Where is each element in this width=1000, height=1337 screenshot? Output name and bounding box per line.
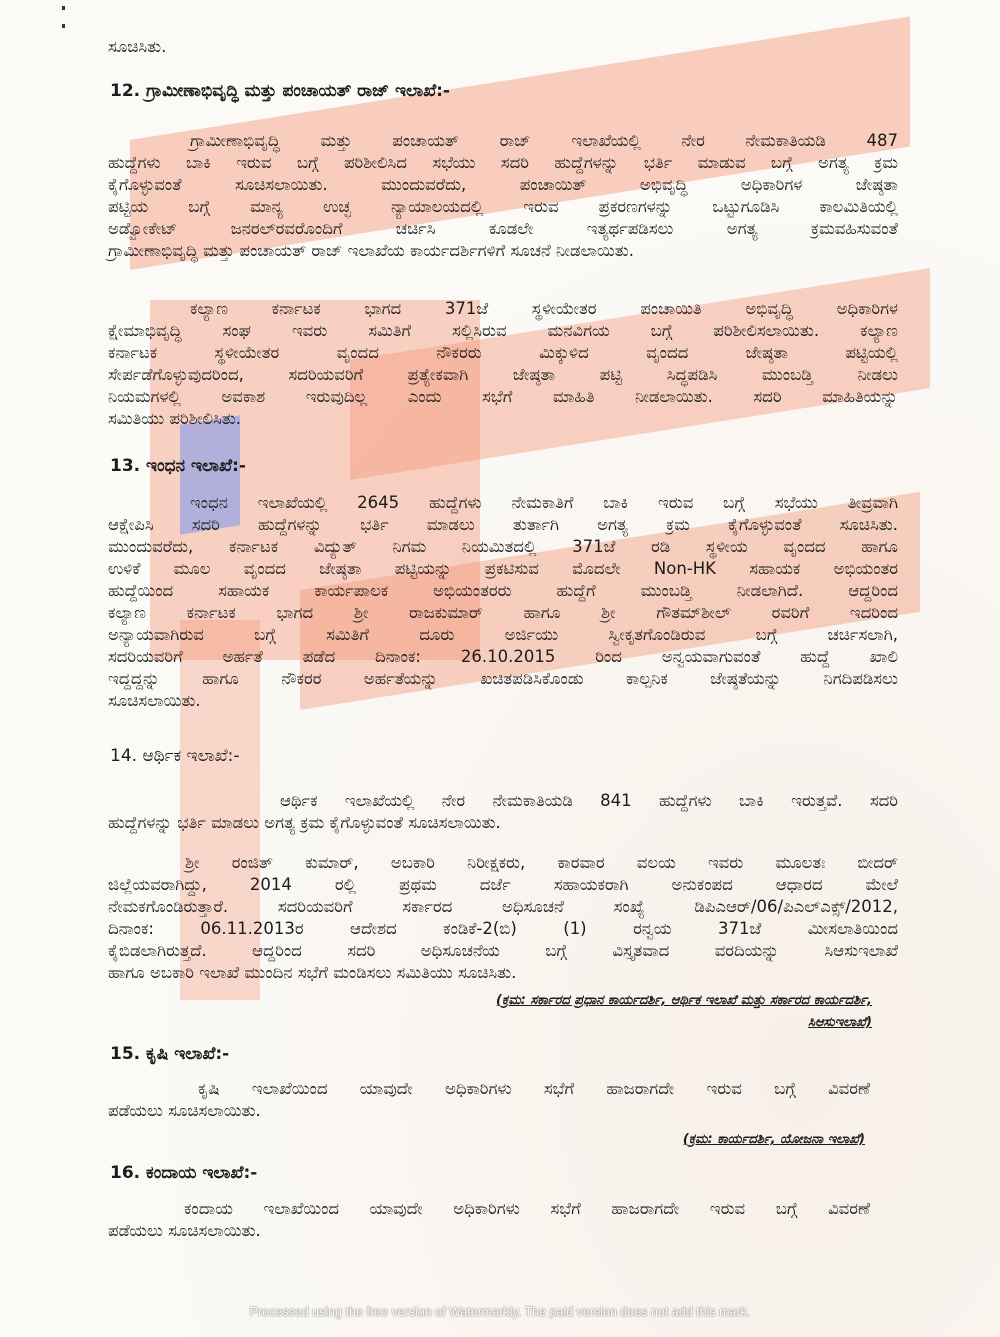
paragraph-line: ಸೂಚಿಸಲಾಯಿತು.	[108, 690, 898, 712]
section-heading-14: 14. ಆರ್ಥಿಕ ಇಲಾಖೆ:-	[110, 745, 240, 767]
paragraph-line: ಸದರಿಯವರಿಗೆ ಅರ್ಹತೆ ಪಡೆದ ದಿನಾಂಕ: 26.10.201…	[108, 646, 898, 668]
paragraph-line: ಹುದ್ದೆಯಿಂದ ಸಹಾಯಕ ಕಾರ್ಯಪಾಲಕ ಅಭಿಯಂತರರು ಹುದ…	[108, 580, 898, 602]
paragraph-line: ನಿಯಮಗಳಲ್ಲಿ ಅವಕಾಶ ಇರುವುದಿಲ್ಲ ಎಂದು ಸಭೆಗೆ ಮ…	[108, 386, 898, 408]
scan-mark	[62, 6, 65, 10]
paragraph-line: ಕಲ್ಯಾಣ ಕರ್ನಾಟಕ ಭಾಗದ ಶ್ರೀ ರಾಜಕುಮಾರ್ ಹಾಗೂ …	[108, 602, 898, 624]
paragraph-line: ಹುದ್ದೆಗಳು ಬಾಕಿ ಇರುವ ಬಗ್ಗೆ ಪರಿಶೀಲಿಸಿದ ಸಭೆ…	[108, 152, 898, 174]
intro-line: ಸೂಚಿಸಿತು.	[108, 36, 898, 58]
paragraph-line: ಸೇರ್ಪಡೆಗೊಳ್ಳುವುದರಿಂದ, ಸದರಿಯವರಿಗೆ ಪ್ರತ್ಯೇ…	[108, 364, 898, 386]
paragraph-line: ಜಿಲ್ಲೆಯವರಾಗಿದ್ದು, 2014 ರಲ್ಲಿ ಪ್ರಥಮ ದರ್ಜೆ…	[108, 874, 898, 896]
paragraph-line: ಇಂಧನ ಇಲಾಖೆಯಲ್ಲಿ 2645 ಹುದ್ದೆಗಳು ನೇಮಕಾತಿಗೆ…	[190, 492, 898, 514]
action-reference: ಸಿಆಸುಇಲಾಖೆ)	[808, 1015, 872, 1030]
paragraph-line: ಮುಂದುವರೆದು, ಕರ್ನಾಟಕ ವಿದ್ಯುತ್ ನಿಗಮ ನಿಯಮಿತ…	[108, 536, 898, 558]
section-number: 12.	[110, 81, 140, 101]
paragraph-line: ಹಾಗೂ ಅಬಕಾರಿ ಇಲಾಖೆ ಮುಂದಿನ ಸಭೆಗೆ ಮಂಡಿಸಲು ಸ…	[108, 962, 898, 984]
paragraph-line: ಇದ್ದದ್ದನ್ನು ಹಾಗೂ ನೌಕರರ ಅರ್ಹತೆಯನ್ನು ಖಚಿತಪ…	[108, 668, 898, 690]
section-title: ಇಂಧನ ಇಲಾಖೆ:-	[146, 456, 246, 476]
scanned-page: ಸೂಚಿಸಿತು. 12. ಗ್ರಾಮೀಣಾಭಿವೃದ್ಧಿ ಮತ್ತು ಪಂಚ…	[0, 0, 1000, 1337]
paragraph-line: ಅಡ್ವೋಕೇಟ್ ಜನರಲ್‌ರವರೊಂದಿಗೆ ಚರ್ಚಿಸಿ ಕೂಡಲೇ …	[108, 218, 898, 240]
paragraph-line: ಗ್ರಾಮೀಣಾಭಿವೃದ್ಧಿ ಮತ್ತು ಪಂಚಾಯತ್ ರಾಜ್ ಇಲಾಖ…	[108, 240, 898, 262]
section-title: ಗ್ರಾಮೀಣಾಭಿವೃದ್ಧಿ ಮತ್ತು ಪಂಚಾಯತ್ ರಾಜ್ ಇಲಾಖ…	[146, 81, 450, 101]
paragraph-line: ಪಟ್ಟಿಯ ಬಗ್ಗೆ ಮಾನ್ಯ ಉಚ್ಛ ನ್ಯಾಯಾಲಯದಲ್ಲಿ ಇರ…	[108, 196, 898, 218]
section-heading-13: 13. ಇಂಧನ ಇಲಾಖೆ:-	[110, 455, 246, 477]
paragraph-line: ಆರ್ಥಿಕ ಇಲಾಖೆಯಲ್ಲಿ ನೇರ ನೇಮಕಾತಿಯಡಿ 841 ಹುದ…	[280, 790, 898, 812]
action-reference: (ಕ್ರಮ: ಸರ್ಕಾರದ ಪ್ರಧಾನ ಕಾರ್ಯದರ್ಶಿ, ಆರ್ಥಿಕ…	[496, 993, 872, 1008]
section-number: 15.	[110, 1044, 140, 1064]
paragraph-line: ಪಡೆಯಲು ಸೂಚಿಸಲಾಯಿತು.	[108, 1220, 898, 1242]
paragraph-line: ಕಲ್ಯಾಣ ಕರ್ನಾಟಕ ಭಾಗದ 371ಜೆ ಸ್ಥಳೀಯೇತರ ಪಂಚಾ…	[190, 298, 898, 320]
paragraph-line: ಸಮಿತಿಯು ಪರಿಶೀಲಿಸಿತು.	[108, 408, 898, 430]
section-number: 14.	[110, 746, 137, 766]
section-title: ಕೃಷಿ ಇಲಾಖೆ:-	[146, 1044, 229, 1064]
paragraph-line: ಶ್ರೀ ರಂಜಿತ್ ಕುಮಾರ್, ಅಬಕಾರಿ ನಿರೀಕ್ಷಕರು, ಕ…	[185, 852, 898, 874]
paragraph-line: ಕೈಬಿಡಲಾಗಿರುತ್ತದೆ. ಆದ್ದರಿಂದ ಸದರಿ ಅಧಿಸೂಚನೆ…	[108, 940, 898, 962]
action-reference: (ಕ್ರಮ: ಕಾರ್ಯದರ್ಶಿ, ಯೋಜನಾ ಇಲಾಖೆ)	[683, 1132, 865, 1147]
paragraph-line: ಅನ್ಯಾಯವಾಗಿರುವ ಬಗ್ಗೆ ಸಮಿತಿಗೆ ದೂರು ಅರ್ಜಿಯು…	[108, 624, 898, 646]
document-body: ಸೂಚಿಸಿತು. 12. ಗ್ರಾಮೀಣಾಭಿವೃದ್ಧಿ ಮತ್ತು ಪಂಚ…	[0, 0, 1000, 1337]
section-heading-12: 12. ಗ್ರಾಮೀಣಾಭಿವೃದ್ಧಿ ಮತ್ತು ಪಂಚಾಯತ್ ರಾಜ್ …	[110, 80, 450, 102]
section-number: 16.	[110, 1163, 140, 1183]
scan-mark	[62, 24, 65, 28]
paragraph-line: ಪಡೆಯಲು ಸೂಚಿಸಲಾಯಿತು.	[108, 1100, 898, 1122]
paragraph-line: ಗ್ರಾಮೀಣಾಭಿವೃದ್ಧಿ ಮತ್ತು ಪಂಚಾಯತ್ ರಾಜ್ ಇಲಾಖ…	[190, 130, 898, 152]
paragraph-line: ಆಕ್ಷೇಪಿಸಿ ಸದರಿ ಹುದ್ದೆಗಳನ್ನು ಭರ್ತಿ ಮಾಡಲು …	[108, 514, 898, 536]
paragraph-line: ದಿನಾಂಕ: 06.11.2013ರ ಆದೇಶದ ಕಂಡಿಕೆ-2(ಬಿ) (…	[108, 918, 898, 940]
paragraph-line: ಕಂದಾಯ ಇಲಾಖೆಯಿಂದ ಯಾವುದೇ ಅಧಿಕಾರಿಗಳು ಸಭೆಗೆ …	[184, 1198, 870, 1220]
section-heading-16: 16. ಕಂದಾಯ ಇಲಾಖೆ:-	[110, 1162, 257, 1184]
watermark-footer-text: Processed using the free version of Wate…	[0, 1305, 1000, 1319]
paragraph-line: ಉಳಿಕೆ ಮೂಲ ವೃಂದದ ಜೇಷ್ಠತಾ ಪಟ್ಟಿಯನ್ನು ಪ್ರಕಟ…	[108, 558, 898, 580]
paragraph-line: ಹುದ್ದೆಗಳನ್ನು ಭರ್ತಿ ಮಾಡಲು ಅಗತ್ಯ ಕ್ರಮ ಕೈಗೊ…	[108, 812, 898, 834]
section-heading-15: 15. ಕೃಷಿ ಇಲಾಖೆ:-	[110, 1043, 229, 1065]
paragraph-line: ನೇಮಕಗೊಂಡಿರುತ್ತಾರೆ. ಸದರಿಯವರಿಗೆ ಸರ್ಕಾರದ ಅಧ…	[108, 896, 898, 918]
paragraph-line: ಕ್ಷೇಮಾಭಿವೃದ್ಧಿ ಸಂಘ ಇವರು ಸಮಿತಿಗೆ ಸಲ್ಲಿಸಿರ…	[108, 320, 898, 342]
paragraph-line: ಕರ್ನಾಟಕ ಸ್ಥಳೀಯೇತರ ವೃಂದದ ನೌಕರರು ಮಿಕ್ಕುಳಿದ…	[108, 342, 898, 364]
section-title: ಆರ್ಥಿಕ ಇಲಾಖೆ:-	[142, 746, 239, 766]
paragraph-line: ಕೃಷಿ ಇಲಾಖೆಯಿಂದ ಯಾವುದೇ ಅಧಿಕಾರಿಗಳು ಸಭೆಗೆ ಹ…	[198, 1078, 870, 1100]
section-title: ಕಂದಾಯ ಇಲಾಖೆ:-	[146, 1163, 257, 1183]
section-number: 13.	[110, 456, 140, 476]
paragraph-line: ಕೈಗೊಳ್ಳುವಂತೆ ಸೂಚಿಸಲಾಯಿತು. ಮುಂದುವರೆದು, ಪಂ…	[108, 174, 898, 196]
